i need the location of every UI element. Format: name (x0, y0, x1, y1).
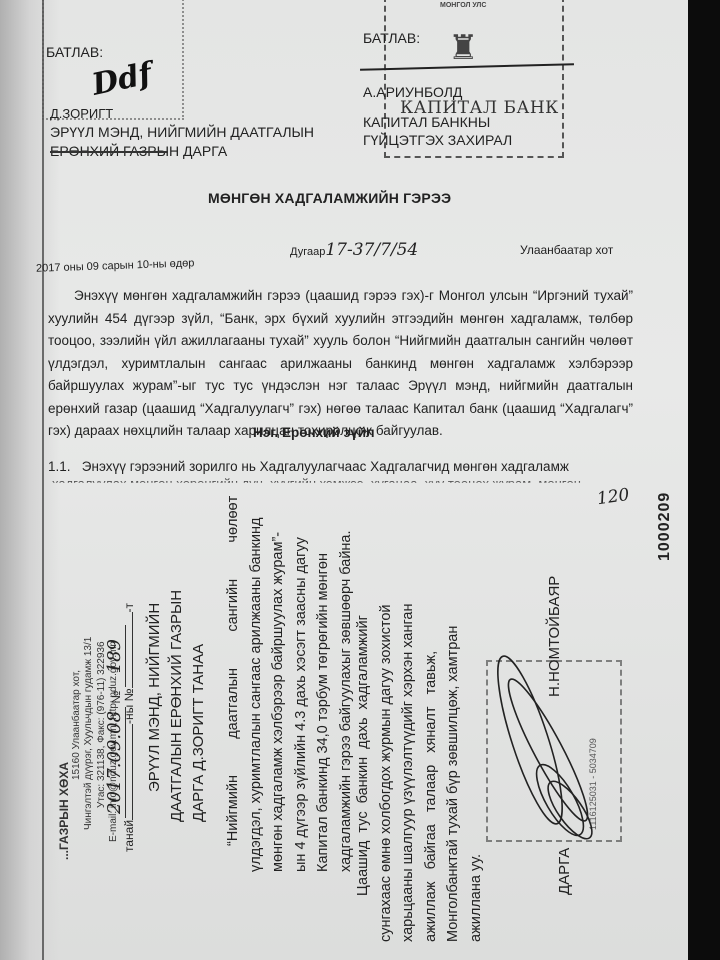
handwritten-note: 120 (596, 485, 631, 509)
paragraph-line: “Нийгмийн даатгалын сангийн чөлөөт (222, 496, 245, 872)
paragraph-line: Монголбанктай тухай бүр зөвшилцөж, хамтр… (442, 604, 465, 943)
letter-paragraph-1: “Нийгмийн даатгалын сангийн чөлөөт үлдэг… (222, 496, 357, 872)
signer-name: Н.НОМТОЙБАЯР (546, 576, 563, 697)
letterhead-line: Чингэлтэй дүүрэг, Хуульчдын гудамж 13/1 (83, 637, 96, 860)
letterhead-org: ...ГАЗРЫН ХӨХА (58, 637, 71, 860)
signer-signature (470, 650, 610, 850)
recipient-line: ДАРГА Д.ЗОРИГТ ТАНАА (188, 590, 210, 822)
approval-right-title-1: КАПИТАЛ БАНКНЫ (363, 114, 490, 130)
clause-text-cut: хадгалуулах мөнгөн хөрөнгийн дүн, хүүгий… (52, 476, 581, 491)
state-emblem-icon: ♜ (448, 28, 478, 68)
paragraph-line: мөнгөн хадгаламж хэлбэрээр байршуулах жу… (267, 496, 290, 872)
recipient-line: ЭРҮҮЛ МЭНД, НИЙГМИЙН (144, 590, 166, 822)
recipient-block: ЭРҮҮЛ МЭНД, НИЙГМИЙН ДААТГАЛЫН ЕРӨНХИЙ Г… (144, 590, 210, 822)
paragraph-line: Капитал банкинд 34,0 тэрбум төгрөгийн мө… (312, 496, 335, 872)
stamp-country: МОНГОЛ УЛС (440, 2, 486, 9)
paragraph-line: үлдэгдэл, хуримтлалын сангаас арилжааны … (245, 496, 268, 872)
approval-right-label: БАТЛАВ: (363, 30, 420, 46)
contract-number-label: Дугаар (290, 246, 325, 258)
contract-city: Улаанбаатар хот (520, 243, 613, 257)
section-title: Нэг. Ерөнхий зүйл (253, 425, 375, 440)
paragraph-line: харьцааны шалгуур үзүүлэлтүүдийг хэрхэн … (397, 604, 420, 943)
contract-number-handwritten: 17-37/7/54 (325, 240, 418, 260)
recipient-line: ДААТГАЛЫН ЕРӨНХИЙ ГАЗРЫН (166, 590, 188, 822)
strikethrough-line (50, 151, 168, 153)
approval-left-title-1: ЭРҮҮЛ МЭНД, НИЙГМИЙН ДААТГАЛЫН (50, 124, 314, 140)
approval-left-name: Д.ЗОРИГТ (50, 106, 113, 121)
paragraph-line: ын 4 дүгээр зүйлийн 4.3 дахь хэсэгт заас… (290, 496, 313, 872)
dark-background (688, 0, 720, 960)
clause-number: 1.1. (48, 459, 71, 474)
serial-number: 1000209 (656, 492, 674, 561)
paragraph-line: ажиллаж байгаа талаар хяналт тавьж, (420, 604, 443, 943)
paragraph-line: Цаашид тус банкин дахь хадгаламжийг (352, 604, 375, 943)
contract-intro: Энэхүү мөнгөн хадгаламжийн гэрээ (цаашид… (48, 285, 633, 443)
signer-title: ДАРГА (556, 848, 573, 895)
letterhead-line: 15160 Улаанбаатар хот, (71, 637, 84, 860)
clause-text: Энэхүү гэрээний зорилго нь Хадгалуулагча… (82, 459, 569, 474)
your-label: танай (122, 820, 136, 852)
your-no-label: -ны № (122, 688, 136, 723)
contract-number: Дугаар17-37/7/54 (290, 240, 418, 260)
paragraph-line: сунгахаас өмнө холбогдох журмын дагуу зо… (375, 604, 398, 943)
your-suffix: -т (122, 603, 136, 613)
approval-right-title-2: ГҮЙЦЭТГЭХ ЗАХИРАЛ (363, 132, 512, 148)
number-sign: № (109, 691, 123, 704)
document-photo: БАТЛАВ: Ddf Д.ЗОРИГТ ЭРҮҮЛ МЭНД, НИЙГМИЙ… (0, 0, 690, 960)
left-stamp-frame (42, 0, 184, 120)
approval-left-label: БАТЛАВ: (46, 44, 103, 60)
clause-1-1: 1.1. Энэхүү гэрээний зорилго нь Хадгалуу… (48, 459, 569, 474)
reference-row: танай-ны №-т (122, 603, 136, 852)
letter-paragraph-2: Цаашид тус банкин дахь хадгаламжийг сунг… (352, 604, 487, 943)
binding-line (42, 0, 44, 960)
contract-title: МӨНГӨН ХАДГАЛАМЖИЙН ГЭРЭЭ (208, 190, 451, 206)
